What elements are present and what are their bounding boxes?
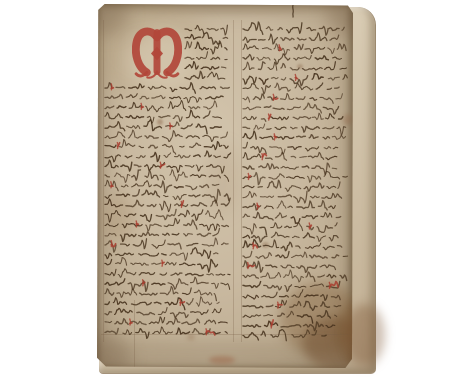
- manuscript-leaf: [97, 4, 353, 368]
- quire-mark: [290, 4, 296, 18]
- manuscript-photo: [0, 0, 468, 382]
- gothic-script-text: [97, 4, 353, 368]
